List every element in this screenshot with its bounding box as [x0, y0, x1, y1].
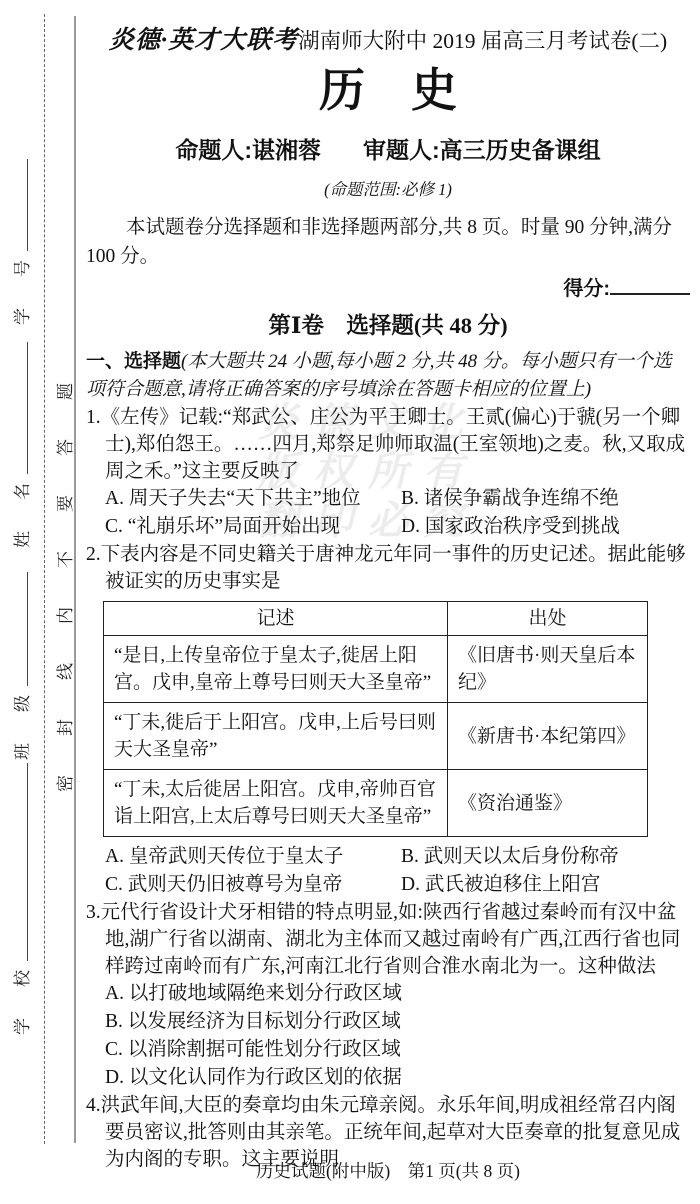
table-cell-description-3: “丁未,太后徙居上阳宫。戊申,帝帅百官诣上阳宫,上太后尊号曰则天大圣皇帝” — [104, 770, 448, 837]
exam-notice: 本试题卷分选择题和非选择题两部分,共 8 页。时量 90 分钟,满分 100 分… — [86, 213, 690, 271]
question-1-option-d: D. 国家政治秩序受到挑战 — [401, 513, 690, 541]
section-instructions: 一、选择题(本大题共 24 小题,每小题 2 分,共 48 分。每小题只有一个选… — [86, 348, 690, 404]
section-instructions-bold: 一、选择题 — [86, 351, 181, 372]
class-blank-line — [13, 572, 28, 686]
question-3-options: A. 以打破地域隔绝来划分行政区域 B. 以发展经济为目标划分行政区域 C. 以… — [86, 980, 690, 1092]
setter-reviewer-line: 命题人:谌湘蓉 审题人:高三历史备课组 — [86, 132, 690, 165]
question-2-option-a: A. 皇帝武则天传位于皇太子 — [105, 843, 401, 871]
question-1: 1.《左传》记载:“郑武公、庄公为平王卿士。王贰(偏心)于虢(另一个卿士),郑伯… — [86, 404, 690, 541]
question-3-option-a: A. 以打破地域隔绝来划分行政区域 — [105, 980, 690, 1008]
section-heading: 第Ⅰ卷 选择题(共 48 分) — [86, 308, 690, 340]
page-border-line — [74, 16, 76, 1143]
exam-name: 湖南师大附中 2019 届高三月考试卷(二) — [298, 29, 667, 53]
question-2-option-c: C. 武则天仍旧被尊号为皇帝 — [105, 871, 401, 899]
school-blank-line — [13, 763, 28, 961]
question-2-option-d: D. 武氏被迫移住上阳宫 — [401, 871, 690, 899]
setter-label: 命题人:谌湘蓉 — [175, 132, 321, 165]
table-cell-source-1: 《旧唐书·则天皇后本纪》 — [448, 636, 648, 703]
table-cell-description-1: “是日,上传皇帝位于皇太子,徙居上阳宫。戊申,皇帝上尊号曰则天大圣皇帝” — [104, 636, 448, 703]
score-row: 得分: — [86, 272, 690, 301]
school-field: 学 校 — [8, 763, 33, 1035]
table-header-source: 出处 — [448, 602, 648, 636]
question-1-text: 《左传》记载:“郑武公、庄公为平王卿士。王贰(偏心)于虢(另一个卿士),郑伯怨王… — [101, 407, 685, 482]
exam-page: 学 号 姓 名 班 级 学 校 密封线内不要答题 炎德文化 版权所有 翻印必究 … — [0, 0, 700, 1204]
question-3-stem: 3.元代行省设计犬牙相错的特点明显,如:陕西行省越过秦岭而有汉中盆地,湖广行省以… — [86, 899, 690, 980]
question-1-options: A. 周天子失去“天下共主”地位 B. 诸侯争霸战争连绵不绝 C. “礼崩乐坏”… — [86, 485, 690, 541]
table-header-description: 记述 — [104, 602, 448, 636]
question-2-options: A. 皇帝武则天传位于皇太子 B. 武则天以太后身份称帝 C. 武则天仍旧被尊号… — [86, 843, 690, 899]
name-label: 姓 名 — [13, 476, 32, 548]
score-label: 得分: — [563, 278, 610, 300]
school-label: 学 校 — [13, 963, 32, 1035]
seal-warning-text: 密封线内不要答题 — [51, 344, 76, 792]
question-1-number: 1. — [86, 407, 101, 428]
class-label: 班 级 — [13, 688, 32, 760]
question-3-number: 3. — [86, 902, 101, 923]
question-1-stem: 1.《左传》记载:“郑武公、庄公为平王卿士。王贰(偏心)于虢(另一个卿士),郑伯… — [86, 404, 690, 485]
name-field: 姓 名 — [8, 342, 33, 548]
question-1-option-b: B. 诸侯争霸战争连绵不绝 — [401, 485, 690, 513]
question-3-option-c: C. 以消除割据可能性划分行政区域 — [105, 1036, 690, 1064]
question-2-text: 下表内容是不同史籍关于唐神龙元年同一事件的历史记述。据此能够被证实的历史事实是 — [101, 544, 686, 592]
question-4-number: 4. — [86, 1095, 101, 1116]
question-2-stem: 2.下表内容是不同史籍关于唐神龙元年同一事件的历史记述。据此能够被证实的历史事实… — [86, 541, 690, 595]
page-footer: 历史试题(附中版) 第1 页(共 8 页) — [86, 1158, 690, 1183]
question-1-option-c: C. “礼崩乐坏”局面开始出现 — [105, 513, 401, 541]
table-row: “丁未,徙后于上阳宫。戊申,上后号曰则天大圣皇帝” 《新唐书·本纪第四》 — [104, 703, 648, 770]
exam-header: 炎德·英才大联考湖南师大附中 2019 届高三月考试卷(二) — [86, 20, 690, 56]
question-3-option-d: D. 以文化认同作为行政区划的依据 — [105, 1064, 690, 1092]
name-blank-line — [13, 342, 28, 474]
class-field: 班 级 — [8, 572, 33, 760]
question-2-number: 2. — [86, 544, 101, 565]
table-cell-description-2: “丁未,徙后于上阳宫。戊申,上后号曰则天大圣皇帝” — [104, 703, 448, 770]
question-2-option-b: B. 武则天以太后身份称帝 — [401, 843, 690, 871]
question-3-text: 元代行省设计犬牙相错的特点明显,如:陕西行省越过秦岭而有汉中盆地,湖广行省以湖南… — [101, 902, 681, 977]
score-blank-line — [610, 276, 690, 295]
exam-series-brand: 炎德·英才大联考 — [109, 27, 298, 54]
table-row: “是日,上传皇帝位于皇太子,徙居上阳宫。戊申,皇帝上尊号曰则天大圣皇帝” 《旧唐… — [104, 636, 648, 703]
content-column: 炎德·英才大联考湖南师大附中 2019 届高三月考试卷(二) 历 史 命题人:谌… — [86, 12, 690, 1173]
student-id-label: 学 号 — [13, 253, 32, 325]
question-1-option-a: A. 周天子失去“天下共主”地位 — [105, 485, 401, 513]
table-row: “丁未,太后徙居上阳宫。戊申,帝帅百官诣上阳宫,上太后尊号曰则天大圣皇帝” 《资… — [104, 770, 648, 837]
question-3: 3.元代行省设计犬牙相错的特点明显,如:陕西行省越过秦岭而有汉中盆地,湖广行省以… — [86, 899, 690, 1092]
question-2: 2.下表内容是不同史籍关于唐神龙元年同一事件的历史记述。据此能够被证实的历史事实… — [86, 541, 690, 899]
seal-dashed-line — [44, 14, 45, 1144]
table-cell-source-3: 《资治通鉴》 — [448, 770, 648, 837]
scope-note: (命题范围:必修 1) — [86, 176, 690, 200]
source-table: 记述 出处 “是日,上传皇帝位于皇太子,徙居上阳宫。戊申,皇帝上尊号曰则天大圣皇… — [103, 601, 648, 837]
student-id-field: 学 号 — [8, 159, 33, 325]
subject-title: 历 史 — [86, 64, 690, 118]
student-id-blank-line — [13, 159, 28, 251]
question-3-option-b: B. 以发展经济为目标划分行政区域 — [105, 1008, 690, 1036]
table-header-row: 记述 出处 — [104, 602, 648, 636]
reviewer-label: 审题人:高三历史备课组 — [363, 132, 601, 165]
table-cell-source-2: 《新唐书·本纪第四》 — [448, 703, 648, 770]
